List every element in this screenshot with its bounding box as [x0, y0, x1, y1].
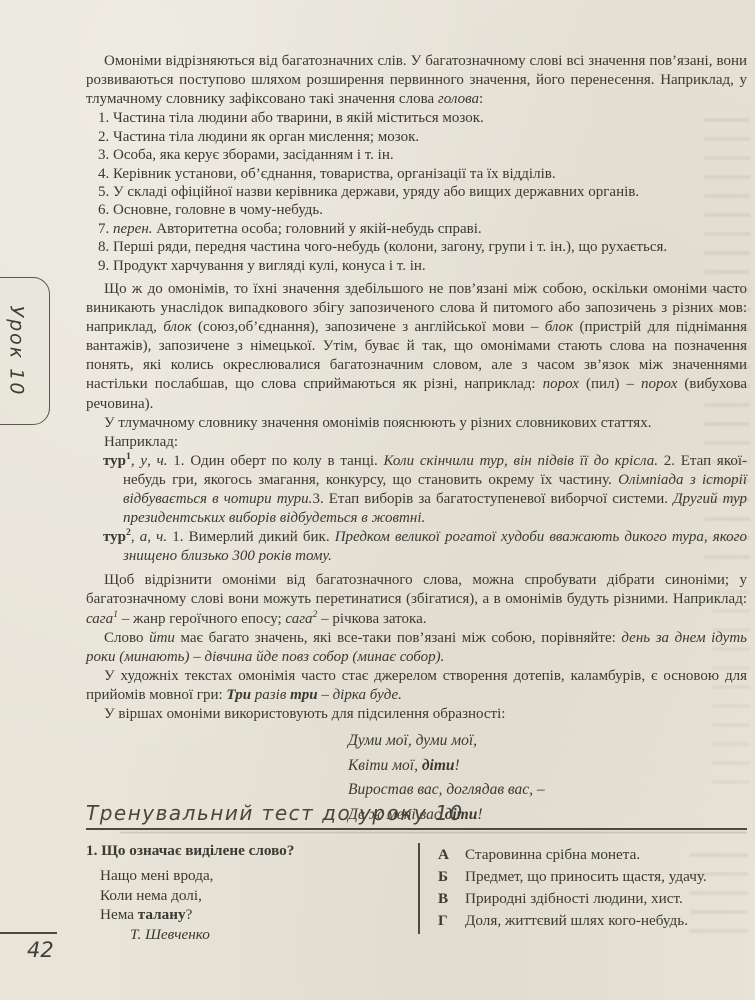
option-b-text: Предмет, що приносить щастя, удачу.	[465, 867, 748, 887]
theory-text: Омоніми відрізняються від багатозначних …	[86, 52, 747, 827]
option-g: Г Доля, життєвий шлях кого-небудь.	[438, 911, 748, 931]
question-1-title: 1. Що означає виділене слово?	[86, 842, 406, 860]
option-g-letter: Г	[438, 911, 465, 931]
heading-rule-ghost	[120, 832, 747, 833]
test-section-heading: Тренувальний тест до уроку 10	[86, 801, 646, 825]
definition-item-7: 7. перен. Авторитетна особа; головний у …	[98, 220, 747, 238]
definition-item-6: 6. Основне, головне в чому-небудь.	[98, 201, 747, 219]
option-a-text: Старовинна срібна монета.	[465, 845, 748, 865]
textbook-page: Урок 10 Омоніми відрізняються від багато…	[0, 0, 755, 1000]
poem-line: Коли нема долі,	[100, 886, 406, 906]
paragraph-yty-example: Слово йти має багато значень, які все-та…	[86, 629, 747, 667]
poem-line: Думи мої, думи мої,	[348, 729, 747, 754]
definition-item-9: 9. Продукт харчування у вигляді кулі, ко…	[98, 257, 747, 275]
definition-item-2: 2. Частина тіла людини як орган мислення…	[98, 128, 747, 146]
definition-item-3: 3. Особа, яка керує зборами, засіданням …	[98, 146, 747, 164]
heading-rule	[86, 828, 747, 830]
footer-rule	[0, 932, 57, 934]
dictionary-entry-tur2: тур2, а, ч. 1. Вимерлий дикий бик. Предк…	[123, 528, 747, 566]
option-v-text: Природні здібності людини, хист.	[465, 889, 748, 909]
question-1: 1. Що означає виділене слово? Нащо мені …	[86, 842, 406, 944]
paragraph-synonym-test: Щоб відрізнити омоніми від багатозначног…	[86, 571, 747, 628]
lesson-tab-label: Урок 10	[5, 306, 27, 397]
option-b-letter: Б	[438, 867, 465, 887]
option-v: В Природні здібності людини, хист.	[438, 889, 748, 909]
lesson-tab: Урок 10	[0, 277, 50, 425]
page-number: 42	[27, 938, 54, 962]
paragraph-wordplay: У художніх текстах омонімія часто стає д…	[86, 667, 747, 705]
definition-item-4: 4. Керівник установи, об’єднання, товари…	[98, 165, 747, 183]
option-a: А Старовинна срібна монета.	[438, 845, 748, 865]
paragraph-verse-intro: У віршах омоніми використовують для підс…	[86, 705, 747, 724]
poem-line: Нащо мені врода,	[100, 866, 406, 886]
paragraph-dictionary-note: У тлумачному словнику значення омонімів …	[86, 414, 747, 433]
option-b: Б Предмет, що приносить щастя, удачу.	[438, 867, 748, 887]
option-a-letter: А	[438, 845, 465, 865]
poem-line: Нема талану?	[100, 905, 406, 925]
poem-line: Виростав вас, доглядав вас, –	[348, 778, 747, 803]
definition-item-8: 8. Перші ряди, передня частина чого-небу…	[98, 238, 747, 256]
definition-item-5: 5. У складі офіційної назви керівника де…	[98, 183, 747, 201]
dictionary-entry-tur1: тур1, у, ч. 1. Один оберт по колу в танц…	[123, 452, 747, 528]
paragraph-example-label: Наприклад:	[86, 433, 747, 452]
paragraph-homonym-origins: Що ж до омонімів, то їхні значення здебі…	[86, 280, 747, 414]
option-v-letter: В	[438, 889, 465, 909]
paragraph-homonyms-intro: Омоніми відрізняються від багатозначних …	[86, 52, 747, 109]
column-divider	[418, 843, 420, 934]
poem-author: Т. Шевченко	[130, 926, 406, 944]
answer-options: А Старовинна срібна монета. Б Предмет, щ…	[438, 845, 748, 933]
definition-item-1: 1. Частина тіла людини або тварини, в як…	[98, 109, 747, 127]
option-g-text: Доля, життєвий шлях кого-небудь.	[465, 911, 748, 931]
poem-line: Квіти мої, діти!	[348, 754, 747, 779]
question-1-poem: Нащо мені врода, Коли нема долі, Нема та…	[100, 866, 406, 925]
